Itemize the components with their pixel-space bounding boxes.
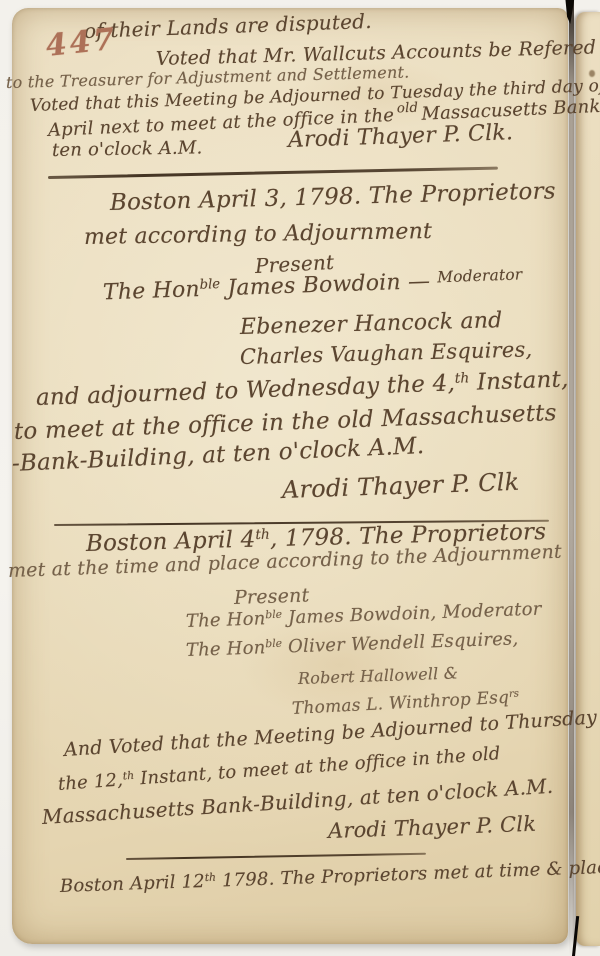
inserted-word-old: old (397, 102, 419, 118)
next-page-edge (576, 12, 600, 946)
page-number: 447 (44, 23, 119, 63)
ordinal-superscript: th (122, 769, 134, 783)
present-label: Present (234, 585, 310, 609)
honorific-superscript: ble (265, 637, 282, 651)
adjourn-text: Instant, (469, 366, 569, 395)
honorific-superscript: rs (509, 688, 520, 700)
attendee-role: Moderator (437, 265, 523, 286)
honorific-superscript: ble (265, 608, 282, 622)
book-gutter (569, 0, 574, 956)
honorific: The Hon (186, 637, 266, 661)
manuscript-scan: of their Lands are disputed. 447 Voted t… (0, 0, 600, 956)
fragment-line-6: ten o'clock A.M. (52, 138, 203, 160)
honorific-superscript: ble (199, 277, 220, 293)
honorific: The Hon (186, 608, 266, 632)
ordinal-superscript: th (255, 527, 270, 543)
honorific: The Hon (103, 277, 201, 305)
ordinal-superscript: th (455, 370, 470, 386)
ordinal-superscript: th (204, 871, 216, 884)
